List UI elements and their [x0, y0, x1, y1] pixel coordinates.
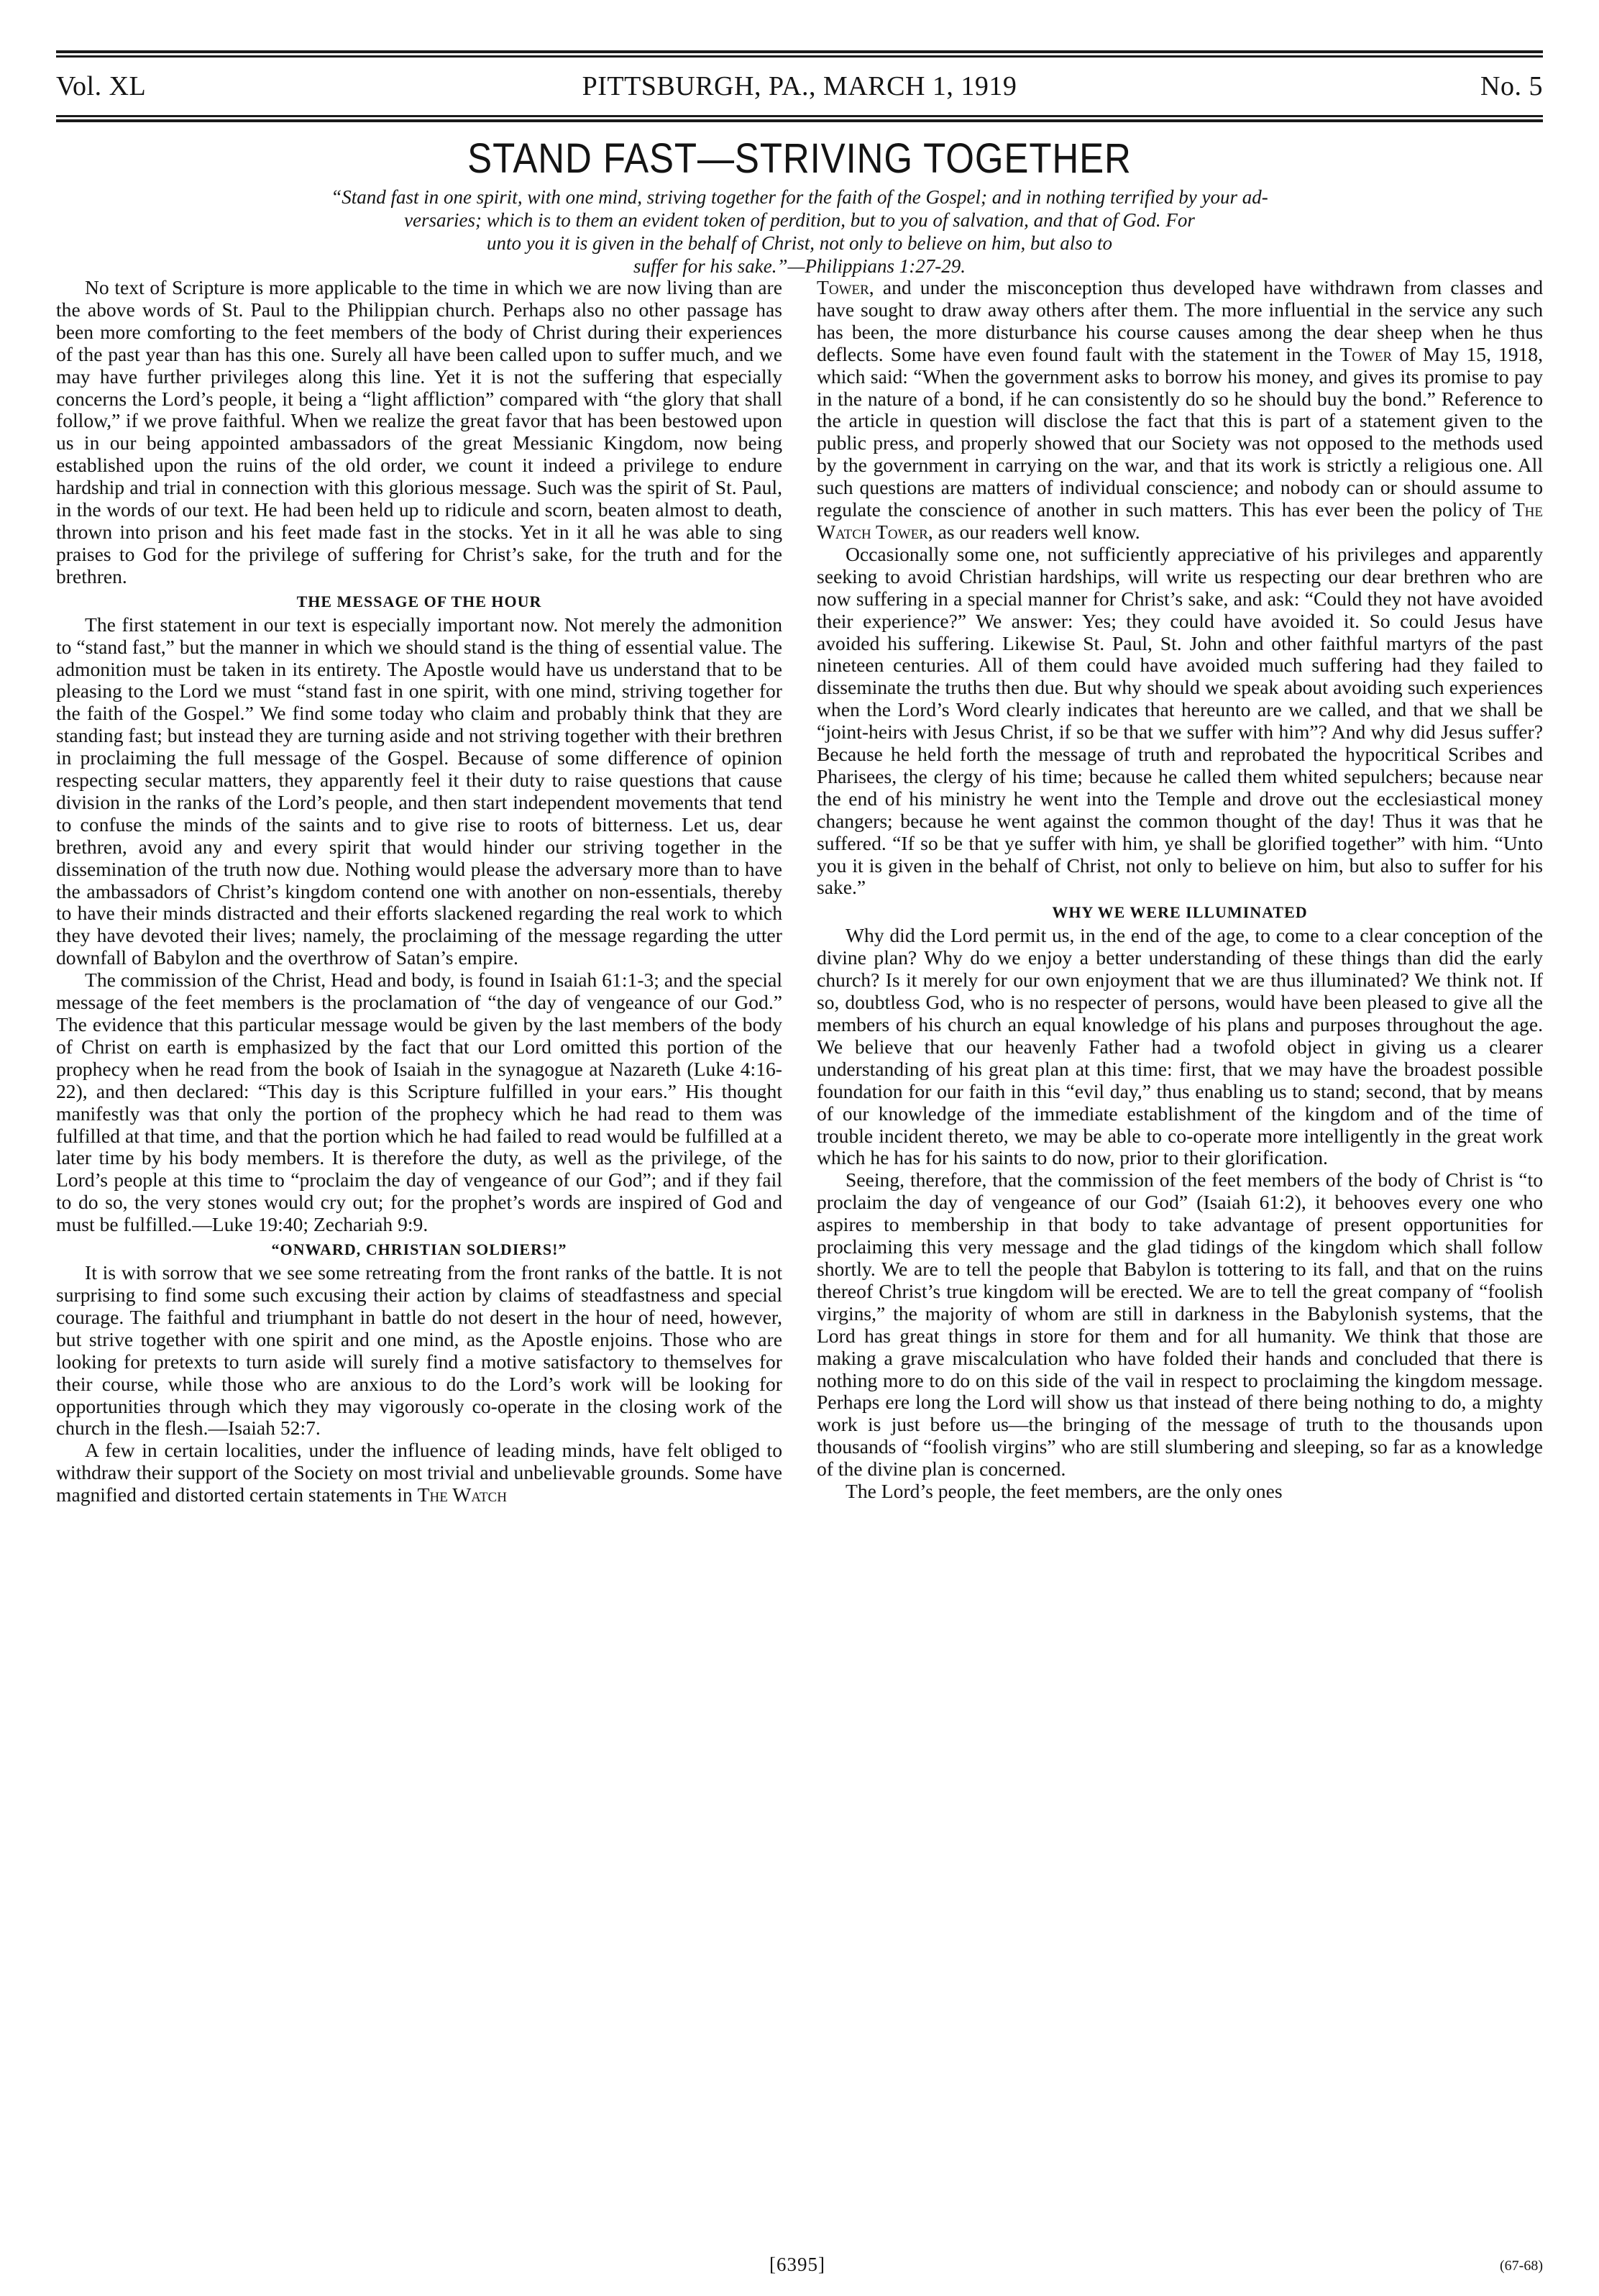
- publication-name: The Watch: [418, 1483, 507, 1506]
- publication-name: Tower: [817, 276, 869, 298]
- issue-number: No. 5: [1480, 68, 1543, 104]
- epigraph-line-1: “Stand fast in one spirit, with one mind…: [56, 186, 1543, 209]
- reprint-page-number: [6395]: [769, 2254, 825, 2276]
- section-heading-message-of-the-hour: THE MESSAGE OF THE HOUR: [56, 591, 782, 613]
- paragraph: It is with sorrow that we see some retre…: [56, 1262, 782, 1440]
- paragraph: The first statement in our text is espec…: [56, 614, 782, 970]
- paragraph: A few in certain localities, under the i…: [56, 1440, 782, 1506]
- epigraph-line-3: unto you it is given in the behalf of Ch…: [56, 232, 1543, 255]
- publication-name: Tower: [1339, 343, 1392, 365]
- masthead-double-rule: [56, 115, 1543, 122]
- top-double-rule: [56, 50, 1543, 58]
- article-title: STAND FAST—STRIVING TOGETHER: [145, 135, 1454, 183]
- paragraph: No text of Scripture is more applicable …: [56, 277, 782, 588]
- paragraph: Why did the Lord permit us, in the end o…: [817, 925, 1543, 1169]
- paragraph: Seeing, therefore, that the commission o…: [817, 1169, 1543, 1481]
- masthead: Vol. XL PITTSBURGH, PA., MARCH 1, 1919 N…: [56, 68, 1543, 104]
- paragraph: The Lord’s people, the feet members, are…: [817, 1481, 1543, 1503]
- left-column: No text of Scripture is more applicable …: [56, 277, 782, 1506]
- section-heading-why-we-were-illuminated: WHY WE WERE ILLUMINATED: [817, 902, 1543, 923]
- original-page-range: (67-68): [1500, 2258, 1543, 2274]
- right-column: Tower, and under the misconception thus …: [817, 277, 1543, 1503]
- paragraph: Tower, and under the misconception thus …: [817, 277, 1543, 544]
- paragraph-text: , as our readers well know.: [928, 521, 1140, 543]
- paragraph-text: of May 15, 1918, which said: “When the g…: [817, 343, 1543, 521]
- paragraph: Occasionally some one, not sufficiently …: [817, 544, 1543, 900]
- epigraph-line-2: versaries; which is to them an evident t…: [56, 209, 1543, 232]
- place-date: PITTSBURGH, PA., MARCH 1, 1919: [56, 68, 1543, 104]
- paragraph: The commission of the Christ, Head and b…: [56, 969, 782, 1236]
- epigraph: “Stand fast in one spirit, with one mind…: [56, 186, 1543, 278]
- section-heading-onward-christian-soldiers: “ONWARD, CHRISTIAN SOLDIERS!”: [56, 1239, 782, 1261]
- epigraph-line-4: suffer for his sake.”—Philippians 1:27-2…: [56, 255, 1543, 278]
